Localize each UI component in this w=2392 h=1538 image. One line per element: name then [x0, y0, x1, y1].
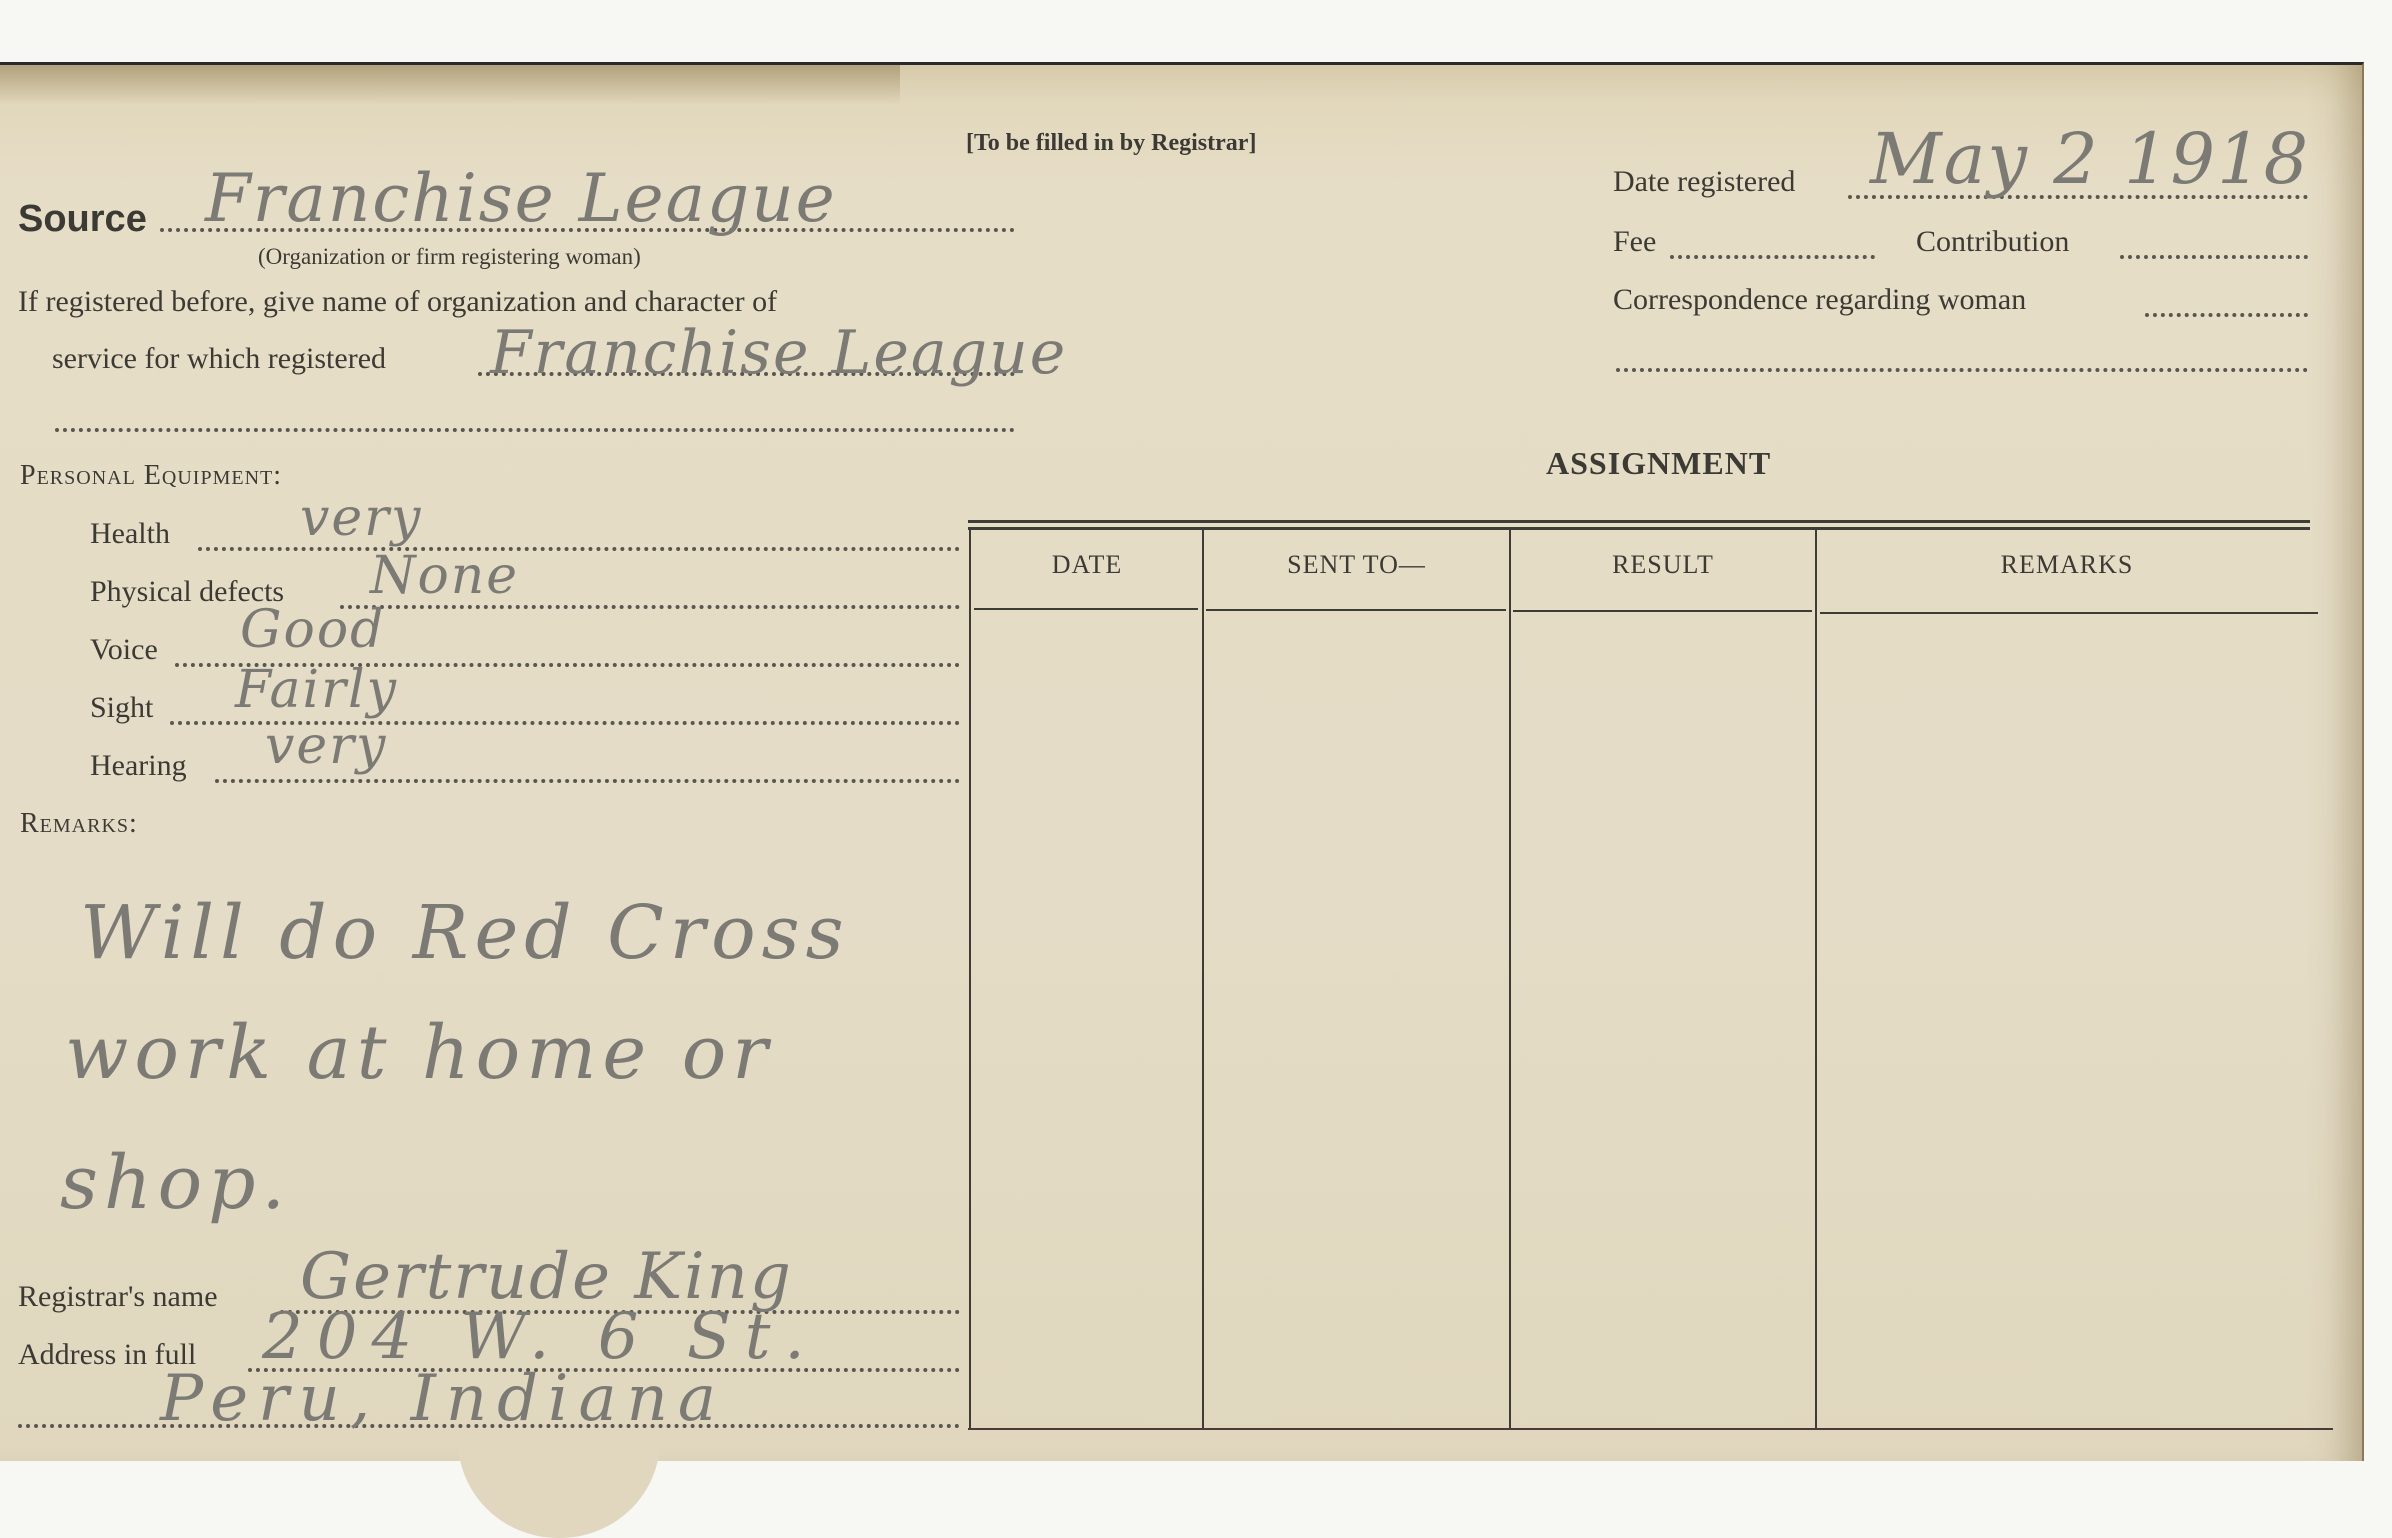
assignment-title: ASSIGNMENT: [1546, 445, 1771, 482]
fee-label: Fee: [1613, 225, 1656, 259]
health-label: Health: [90, 517, 170, 551]
column-header-remarks: REMARKS: [1817, 550, 2317, 580]
column-header-date: DATE: [972, 550, 1202, 580]
registrar-note: [To be filled in by Registrar]: [966, 130, 1256, 157]
assignment-double-rule-top: [968, 520, 2310, 523]
correspondence-line-2[interactable]: [1616, 368, 2308, 372]
column-header-sent-to: SENT TO—: [1204, 550, 1509, 580]
source-label: Source: [18, 198, 147, 241]
column-divider: [1509, 530, 1511, 1430]
previous-registration-line-2: [55, 428, 1015, 432]
contribution-line[interactable]: [2120, 255, 2308, 259]
table-bottom-rule: [968, 1428, 2333, 1430]
registrar-name-label: Registrar's name: [18, 1280, 218, 1314]
source-caption: (Organization or firm registering woman): [258, 244, 641, 270]
column-divider: [1815, 530, 1817, 1430]
sight-label: Sight: [90, 691, 153, 725]
correspondence-label: Correspondence regarding woman: [1613, 283, 2026, 317]
assignment-double-rule-bottom: [968, 527, 2310, 530]
sight-value[interactable]: Fairly: [235, 660, 398, 720]
hearing-label: Hearing: [90, 749, 187, 783]
hearing-value[interactable]: very: [265, 716, 387, 776]
stain: [0, 65, 900, 105]
date-registered-value[interactable]: May 2 1918: [1870, 118, 2310, 200]
voice-value[interactable]: Good: [240, 600, 385, 660]
hearing-line: [215, 779, 960, 783]
remarks-heading: Remarks:: [20, 808, 138, 840]
physical-defects-value[interactable]: None: [370, 546, 519, 606]
address-value-line-2[interactable]: Peru, Indiana: [160, 1362, 726, 1436]
remarks-line-1[interactable]: Will do Red Cross: [80, 890, 850, 976]
header-underline-date: [974, 608, 1198, 610]
source-value[interactable]: Franchise League: [205, 160, 837, 237]
table-border-left: [969, 530, 971, 1430]
health-value[interactable]: very: [300, 488, 422, 548]
card-tab: [458, 1440, 660, 1538]
remarks-line-2[interactable]: work at home or: [65, 1010, 774, 1096]
previous-registration-label-1: If registered before, give name of organ…: [18, 285, 777, 319]
contribution-label: Contribution: [1916, 225, 2069, 259]
correspondence-line[interactable]: [2145, 313, 2308, 317]
header-underline-sent-to: [1206, 609, 1506, 611]
remarks-line-3[interactable]: shop.: [60, 1140, 291, 1226]
header-underline-result: [1513, 610, 1812, 612]
fee-line[interactable]: [1670, 255, 1875, 259]
header-underline-remarks: [1820, 612, 2318, 614]
personal-equipment-heading: Personal Equipment:: [20, 460, 282, 492]
column-divider: [1202, 530, 1204, 1430]
date-registered-label: Date registered: [1613, 165, 1795, 199]
previous-registration-value[interactable]: Franchise League: [490, 318, 1067, 388]
previous-registration-label-2: service for which registered: [52, 342, 386, 376]
column-header-result: RESULT: [1511, 550, 1815, 580]
voice-label: Voice: [90, 633, 158, 667]
